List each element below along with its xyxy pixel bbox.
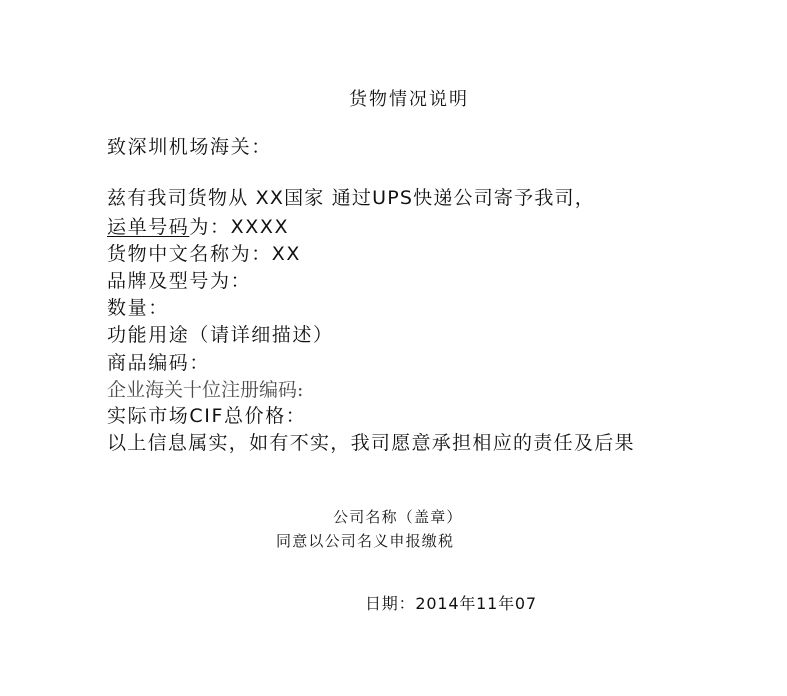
document-title: 货物情况说明 — [349, 89, 469, 111]
cargo-name-line: 货物中文名称为：XX — [107, 242, 301, 266]
waybill-value: 为：XXXX — [189, 216, 289, 238]
company-name-stamp: 公司名称（盖章） — [333, 507, 463, 527]
greeting-line: 致深圳机场海关： — [107, 135, 272, 159]
declaration-line: 以上信息属实，如有不实，我司愿意承担相应的责任及后果 — [107, 431, 635, 455]
function-line: 功能用途（请详细描述） — [107, 323, 334, 347]
date-line: 日期：2014年11年07 — [365, 594, 537, 614]
intro-paragraph: 兹有我司货物从 XX国家 通过UPS快递公司寄予我司， — [107, 186, 595, 210]
brand-model-line: 品牌及型号为： — [107, 269, 251, 293]
cif-price-line: 实际市场CIF总价格： — [107, 404, 306, 428]
hs-code-line: 商品编码： — [107, 351, 210, 375]
quantity-line: 数量： — [107, 296, 169, 320]
tax-agreement-line: 同意以公司名义申报缴税 — [276, 531, 454, 551]
customs-registration-line: 企业海关十位注册编码: — [107, 378, 303, 402]
waybill-number-line: 运单号码为：XXXX — [107, 215, 289, 239]
customs-letter-document: 货物情况说明 致深圳机场海关： 兹有我司货物从 XX国家 通过UPS快递公司寄予… — [0, 0, 787, 696]
waybill-label: 运单号码 — [107, 216, 189, 238]
